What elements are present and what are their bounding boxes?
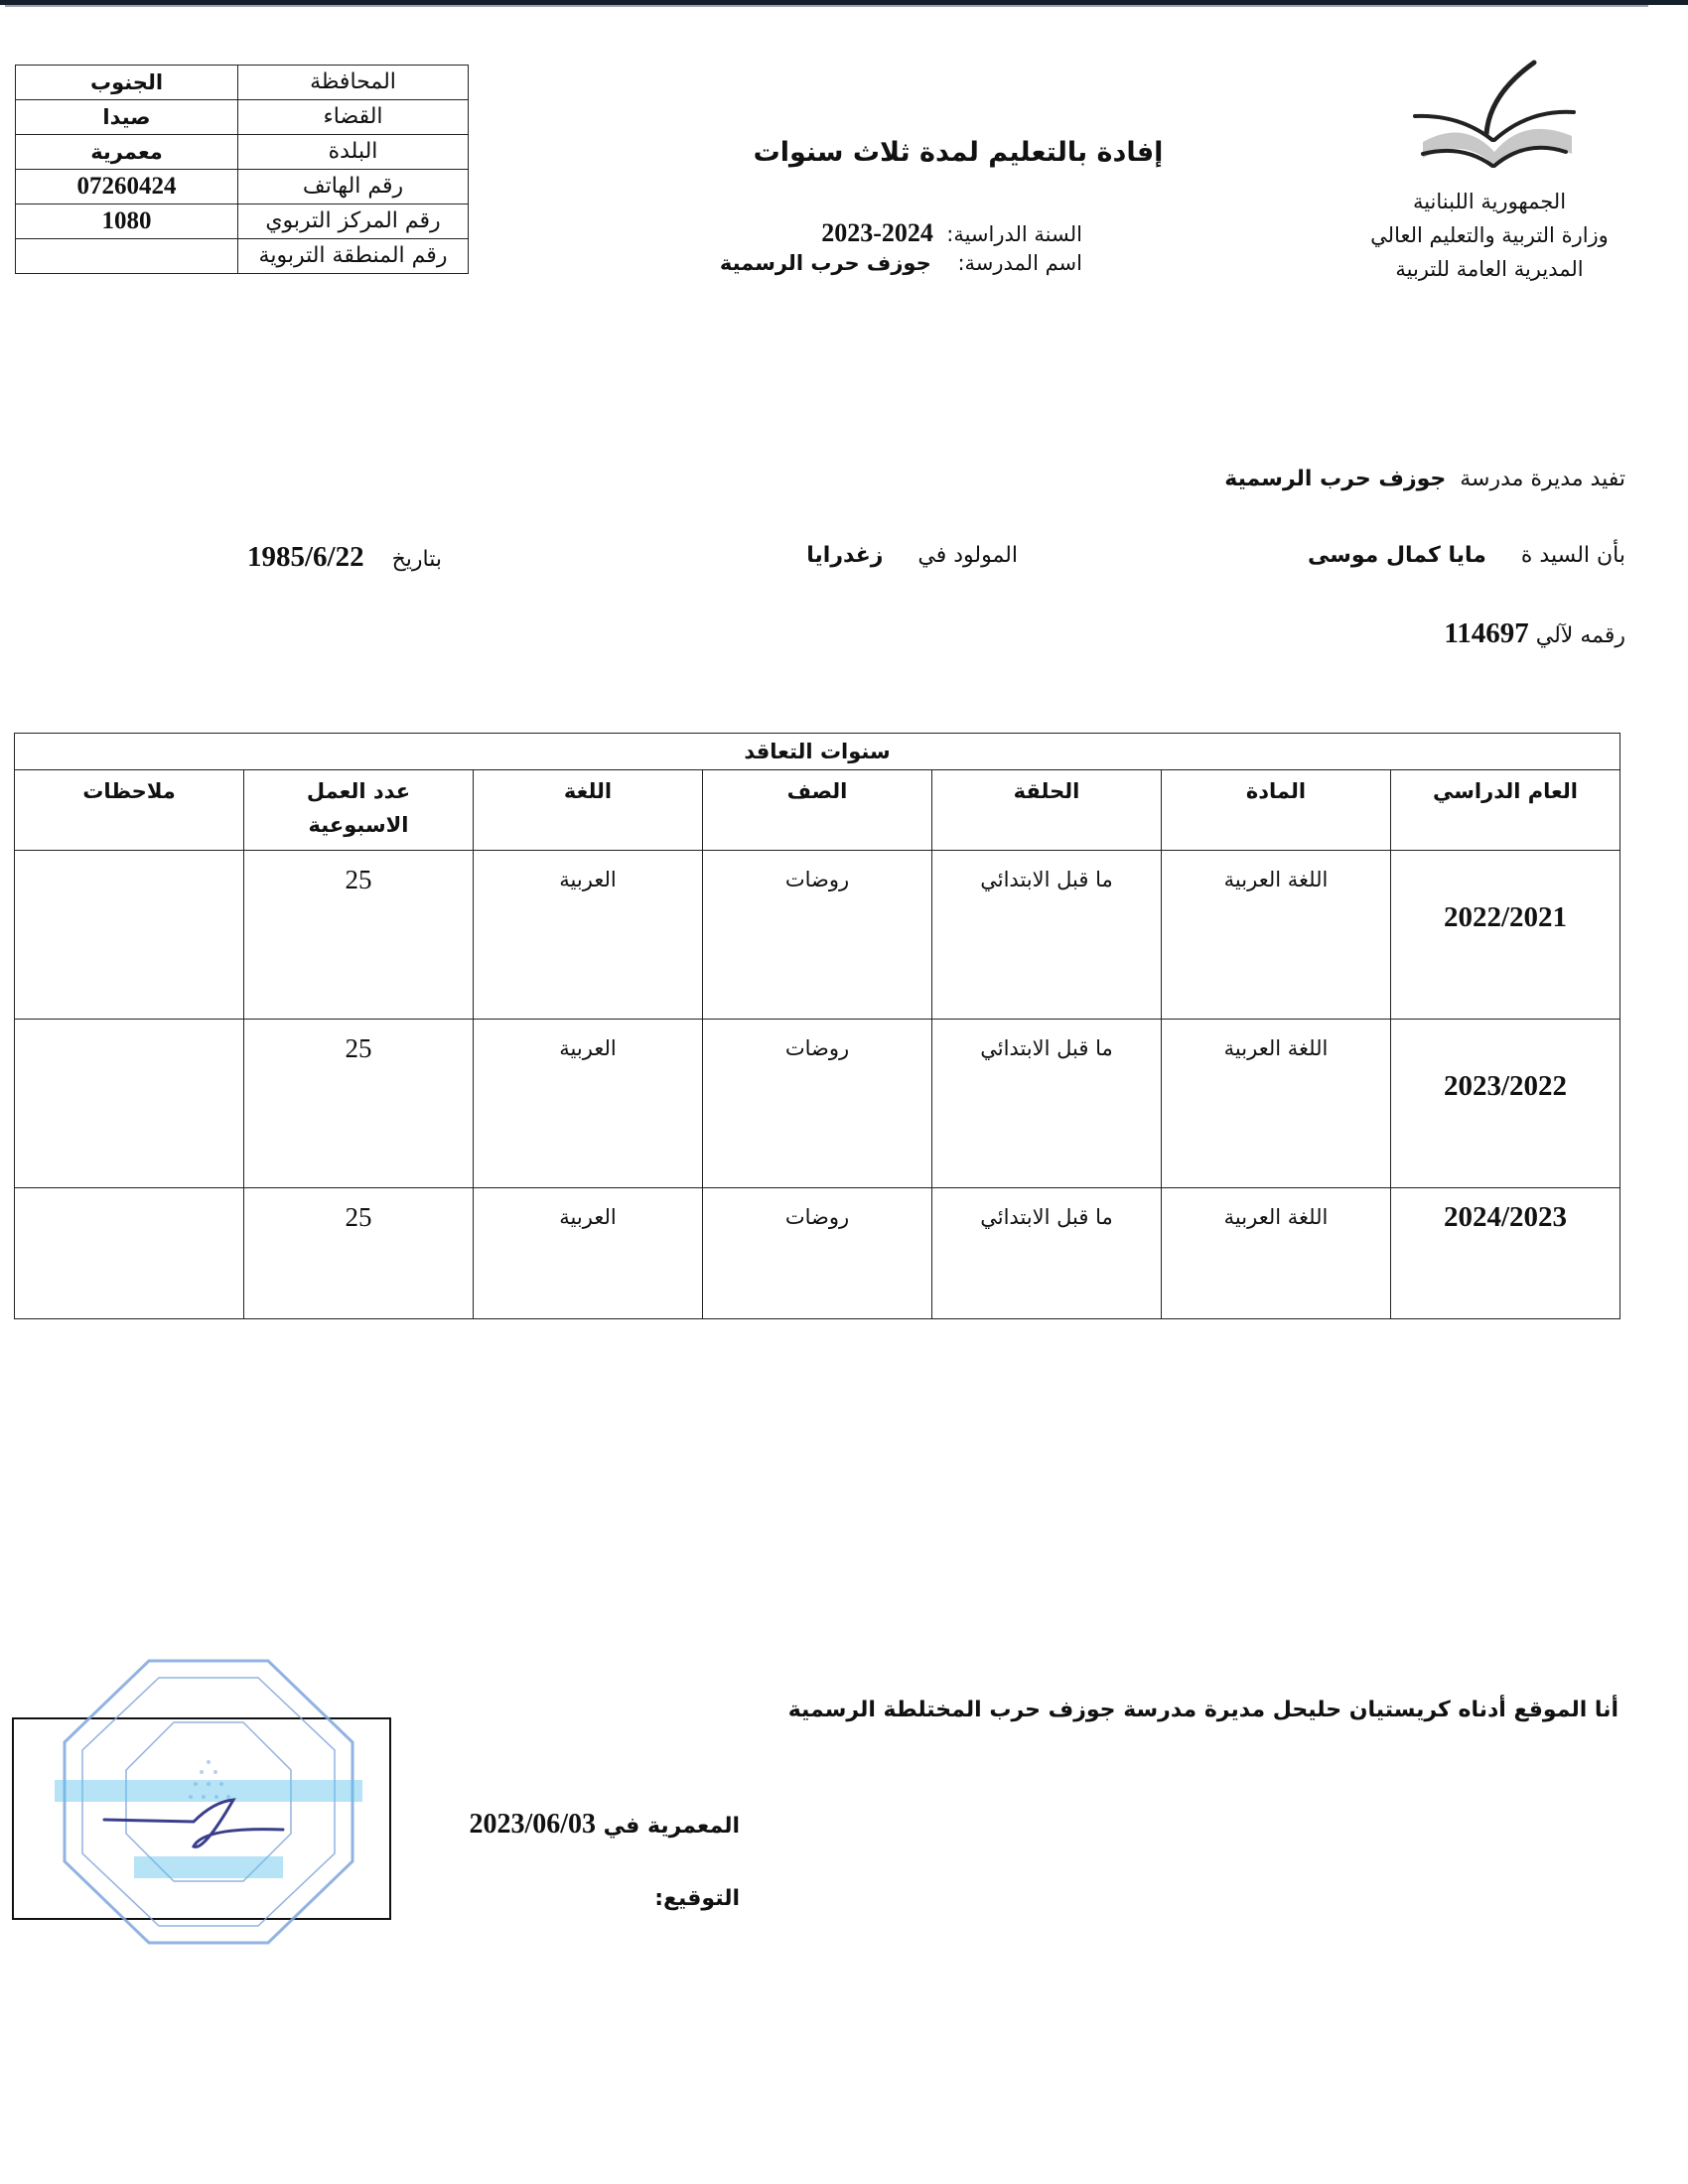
- birth-date-value: 1985/6/22: [247, 541, 364, 573]
- info-row: رقم المنطقة التربوية: [16, 239, 469, 274]
- cell-year: 2023/2022: [1391, 1020, 1620, 1188]
- cell-weekly-hours: 25: [244, 851, 474, 1020]
- col-header-notes: ملاحظات: [15, 770, 244, 851]
- table-header-row: العام الدراسي المادة الحلقة الصف اللغة ع…: [15, 770, 1620, 851]
- info-label: رقم المركز التربوي: [238, 205, 469, 239]
- cell-language: العربية: [474, 1020, 703, 1188]
- info-label: القضاء: [238, 100, 469, 135]
- document-title: إفادة بالتعليم لمدة ثلاث سنوات: [695, 137, 1221, 168]
- table-row: 2022/2021 اللغة العربية ما قبل الابتدائي…: [15, 851, 1620, 1020]
- info-value: 1080: [16, 205, 238, 239]
- cell-cycle: ما قبل الابتدائي: [932, 1020, 1162, 1188]
- academic-year-line: السنة الدراسية: 2023-2024: [821, 218, 1082, 248]
- ministry-line-republic: الجمهورية اللبنانية: [1321, 185, 1658, 218]
- academic-year-label: السنة الدراسية:: [946, 222, 1082, 246]
- info-value: صيدا: [16, 100, 238, 135]
- info-row: رقم المركز التربوي 1080: [16, 205, 469, 239]
- cell-class: روضات: [703, 1020, 932, 1188]
- info-row: المحافظة الجنوب: [16, 66, 469, 100]
- birth-place-line: المولود في زغدرايا: [806, 543, 1018, 568]
- official-stamp-icon: [55, 1653, 362, 1951]
- person-line: بأن السيد ة مايا كمال موسى: [1308, 543, 1625, 568]
- col-header-year: العام الدراسي: [1391, 770, 1620, 851]
- ministry-header: الجمهورية اللبنانية وزارة التربية والتعل…: [1321, 185, 1658, 286]
- cell-year: 2022/2021: [1391, 851, 1620, 1020]
- birth-place-label: المولود في: [917, 543, 1018, 568]
- ministry-book-logo-icon: [1405, 55, 1584, 169]
- birth-date-line: بتاريخ 1985/6/22: [247, 541, 442, 574]
- number-line: رقمه لآلي 114697: [1444, 617, 1625, 650]
- academic-year-value: 2023-2024: [821, 218, 933, 247]
- info-label: البلدة: [238, 135, 469, 170]
- school-name-value: جوزف حرب الرسمية: [720, 251, 931, 275]
- info-row: رقم الهاتف 07260424: [16, 170, 469, 205]
- scan-edge-line: [5, 5, 1648, 7]
- ministry-line-ministry: وزارة التربية والتعليم العالي: [1321, 218, 1658, 252]
- info-value: [16, 239, 238, 274]
- cell-class: روضات: [703, 1188, 932, 1319]
- cell-year: 2024/2023: [1391, 1188, 1620, 1319]
- table-caption: سنوات التعاقد: [15, 734, 1620, 770]
- school-name-line: اسم المدرسة: جوزف حرب الرسمية: [720, 251, 1082, 275]
- cell-subject: اللغة العربية: [1162, 1188, 1391, 1319]
- info-label: رقم المنطقة التربوية: [238, 239, 469, 274]
- number-label: رقمه لآلي: [1536, 623, 1625, 648]
- contract-years-table: سنوات التعاقد العام الدراسي المادة الحلق…: [14, 733, 1620, 1319]
- info-row: القضاء صيدا: [16, 100, 469, 135]
- signature-label: التوقيع:: [654, 1886, 740, 1911]
- school-info-table: المحافظة الجنوب القضاء صيدا البلدة معمري…: [15, 65, 469, 274]
- cell-language: العربية: [474, 851, 703, 1020]
- certify-line: تفيد مديرة مدرسة جوزف حرب الرسمية: [1224, 467, 1625, 491]
- birth-date-label: بتاريخ: [392, 547, 442, 572]
- cell-notes: [15, 1020, 244, 1188]
- cell-subject: اللغة العربية: [1162, 1020, 1391, 1188]
- number-value: 114697: [1444, 617, 1528, 649]
- cell-subject: اللغة العربية: [1162, 851, 1391, 1020]
- person-prefix: بأن السيد ة: [1521, 543, 1625, 568]
- col-header-class: الصف: [703, 770, 932, 851]
- school-name-label: اسم المدرسة:: [957, 251, 1082, 275]
- cell-cycle: ما قبل الابتدائي: [932, 851, 1162, 1020]
- table-row: 2024/2023 اللغة العربية ما قبل الابتدائي…: [15, 1188, 1620, 1319]
- col-header-language: اللغة: [474, 770, 703, 851]
- info-value: الجنوب: [16, 66, 238, 100]
- col-header-cycle: الحلقة: [932, 770, 1162, 851]
- info-label: رقم الهاتف: [238, 170, 469, 205]
- ministry-line-directorate: المديرية العامة للتربية: [1321, 252, 1658, 286]
- place-date-label: المعمرية في: [604, 1814, 740, 1839]
- table-row: 2023/2022 اللغة العربية ما قبل الابتدائي…: [15, 1020, 1620, 1188]
- birth-place-value: زغدرايا: [806, 543, 883, 568]
- col-header-weekly-hours: عدد العمل الاسبوعية: [244, 770, 474, 851]
- place-date-line: المعمرية في 2023/06/03: [469, 1809, 740, 1841]
- cell-language: العربية: [474, 1188, 703, 1319]
- signatory-statement: أنا الموقع أدناه كريستيان حليحل مديرة مد…: [788, 1698, 1618, 1722]
- certify-school: جوزف حرب الرسمية: [1224, 467, 1446, 491]
- cell-cycle: ما قبل الابتدائي: [932, 1188, 1162, 1319]
- issue-date: 2023/06/03: [469, 1809, 596, 1840]
- cell-weekly-hours: 25: [244, 1188, 474, 1319]
- info-value: معمرية: [16, 135, 238, 170]
- certify-prefix: تفيد مديرة مدرسة: [1460, 467, 1625, 491]
- cell-class: روضات: [703, 851, 932, 1020]
- info-label: المحافظة: [238, 66, 469, 100]
- info-row: البلدة معمرية: [16, 135, 469, 170]
- cell-notes: [15, 851, 244, 1020]
- cell-notes: [15, 1188, 244, 1319]
- cell-weekly-hours: 25: [244, 1020, 474, 1188]
- person-name: مايا كمال موسى: [1308, 543, 1486, 568]
- info-value: 07260424: [16, 170, 238, 205]
- col-header-subject: المادة: [1162, 770, 1391, 851]
